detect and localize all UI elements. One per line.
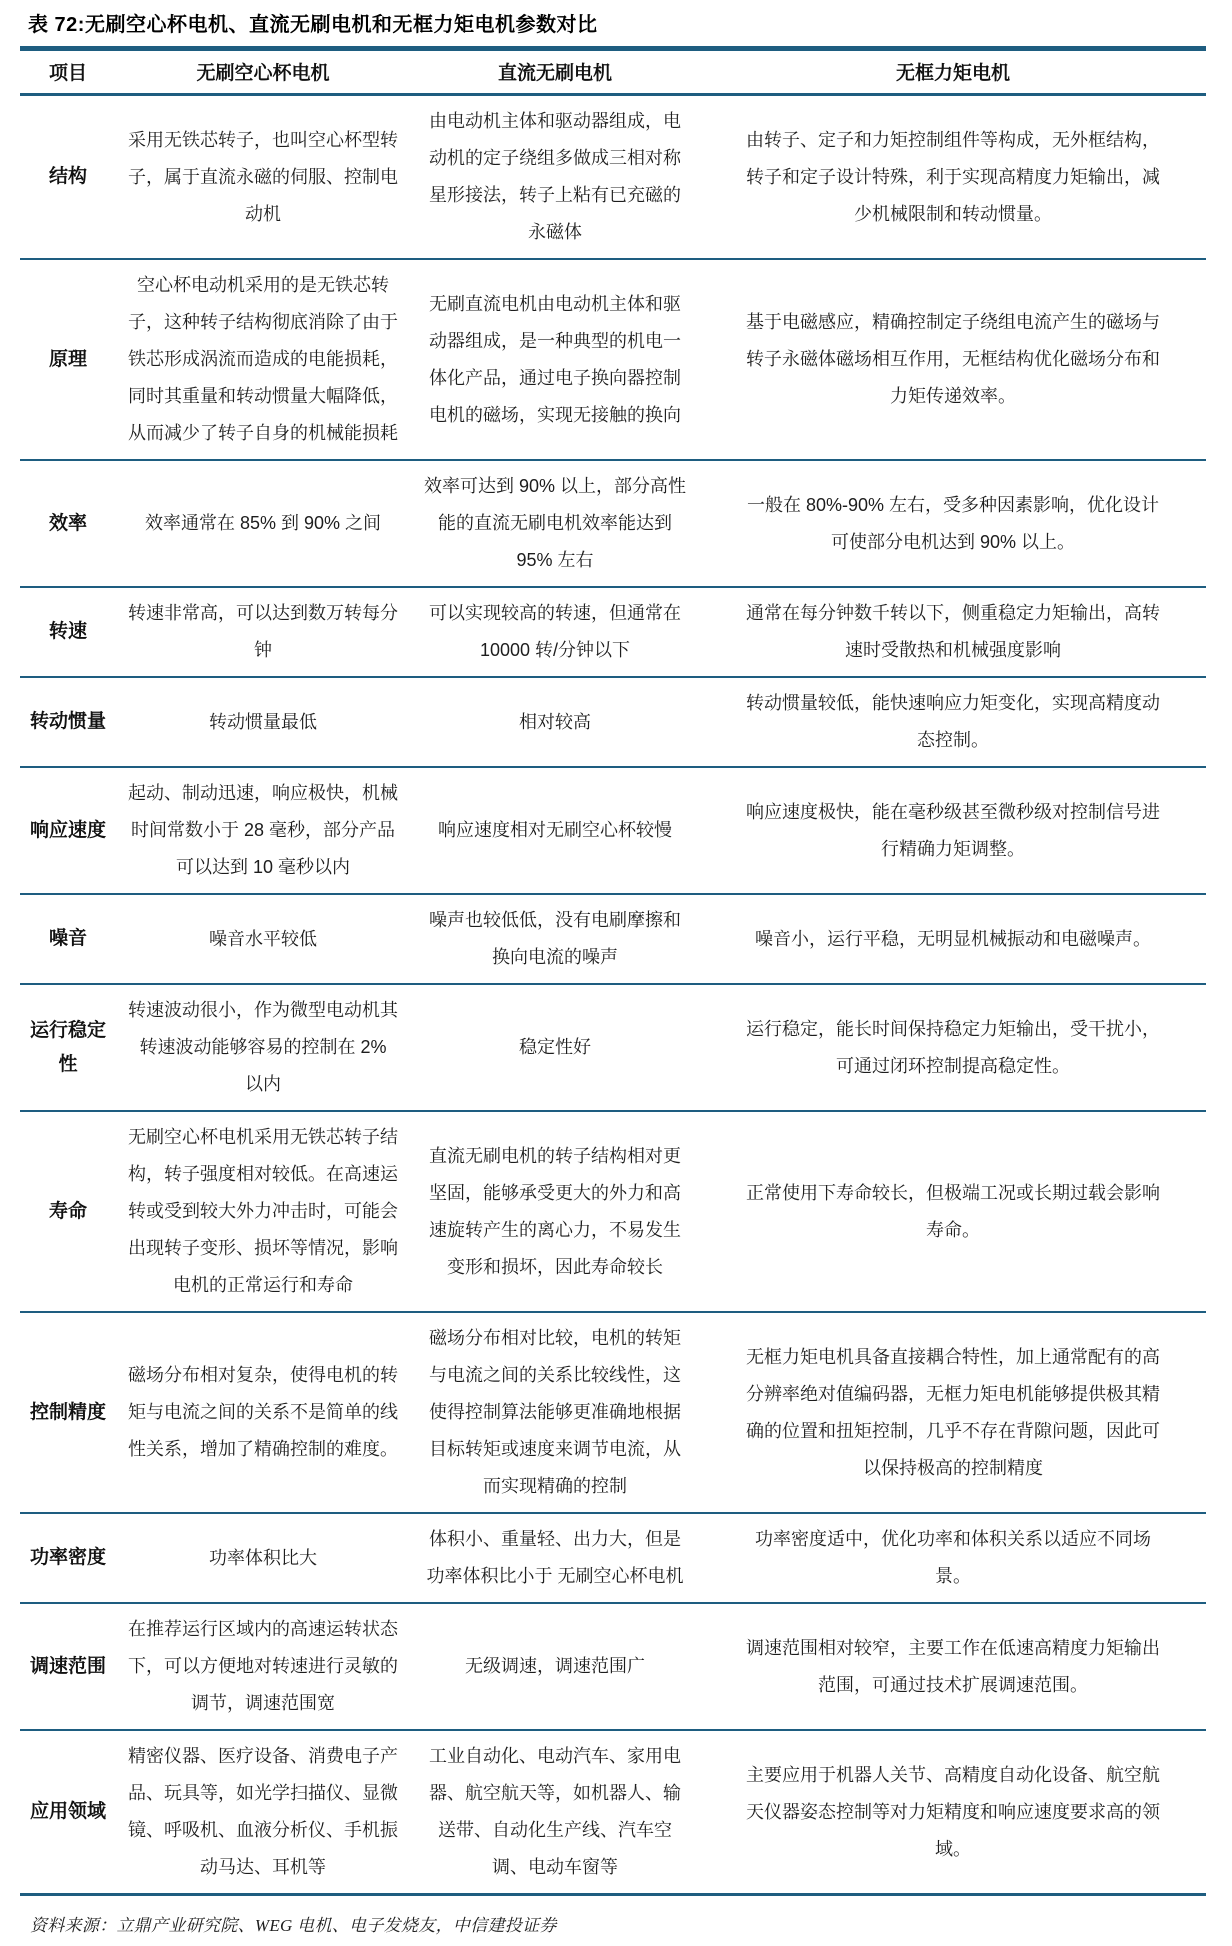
row-label: 原理 — [20, 259, 116, 460]
row-label: 噪音 — [20, 894, 116, 984]
table-cell: 磁场分布相对复杂，使得电机的转矩与电流之间的关系不是简单的线性关系，增加了精确控… — [116, 1312, 410, 1513]
row-label: 应用领域 — [20, 1730, 116, 1895]
table-cell: 正常使用下寿命较长，但极端工况或长期过载会影响寿命。 — [700, 1111, 1206, 1312]
row-label: 转速 — [20, 587, 116, 677]
comparison-table: 项目 无刷空心杯电机 直流无刷电机 无框力矩电机 结构 采用无铁芯转子，也叫空心… — [20, 46, 1206, 1896]
table-cell: 工业自动化、电动汽车、家用电器、航空航天等，如机器人、输送带、自动化生产线、汽车… — [410, 1730, 700, 1895]
table-cell: 无刷直流电机由电动机主体和驱动器组成，是一种典型的机电一体化产品，通过电子换向器… — [410, 259, 700, 460]
table-row-stability: 运行稳定性 转速波动很小，作为微型电动机其转速波动能够容易的控制在 2% 以内 … — [20, 984, 1206, 1111]
table-cell: 由电动机主体和驱动器组成，电动机的定子绕组多做成三相对称星形接法，转子上粘有已充… — [410, 95, 700, 260]
report-page: 表 72:无刷空心杯电机、直流无刷电机和无框力矩电机参数对比 项目 无刷空心杯电… — [0, 0, 1232, 1946]
table-cell: 可以实现较高的转速，但通常在 10000 转/分钟以下 — [410, 587, 700, 677]
table-row-speed: 转速 转速非常高，可以达到数万转每分钟 可以实现较高的转速，但通常在 10000… — [20, 587, 1206, 677]
table-row-speed-range: 调速范围 在推荐运行区域内的高速运转状态下，可以方便地对转速进行灵敏的调节，调速… — [20, 1603, 1206, 1730]
source-note: 资料来源：立鼎产业研究院、WEG 电机、电子发烧友，中信建投证券 — [20, 1896, 1206, 1936]
table-cell: 响应速度极快，能在毫秒级甚至微秒级对控制信号进行精确力矩调整。 — [700, 767, 1206, 894]
table-cell: 基于电磁感应，精确控制定子绕组电流产生的磁场与转子永磁体磁场相互作用，无框结构优… — [700, 259, 1206, 460]
row-label: 运行稳定性 — [20, 984, 116, 1111]
column-header-coreless-motor: 无刷空心杯电机 — [116, 49, 410, 95]
column-header-frameless-torque-motor: 无框力矩电机 — [700, 49, 1206, 95]
table-cell: 无框力矩电机具备直接耦合特性，加上通常配有的高分辨率绝对值编码器，无框力矩电机能… — [700, 1312, 1206, 1513]
table-body: 结构 采用无铁芯转子，也叫空心杯型转子，属于直流永磁的伺服、控制电动机 由电动机… — [20, 95, 1206, 1895]
table-cell: 稳定性好 — [410, 984, 700, 1111]
table-cell: 功率密度适中，优化功率和体积关系以适应不同场景。 — [700, 1513, 1206, 1603]
table-cell: 转速非常高，可以达到数万转每分钟 — [116, 587, 410, 677]
table-cell: 在推荐运行区域内的高速运转状态下，可以方便地对转速进行灵敏的调节，调速范围宽 — [116, 1603, 410, 1730]
table-cell: 空心杯电动机采用的是无铁芯转子，这种转子结构彻底消除了由于铁芯形成涡流而造成的电… — [116, 259, 410, 460]
table-row-noise: 噪音 噪音水平较低 噪声也较低低，没有电刷摩擦和换向电流的噪声 噪音小，运行平稳… — [20, 894, 1206, 984]
row-label: 转动惯量 — [20, 677, 116, 767]
table-row-inertia: 转动惯量 转动惯量最低 相对较高 转动惯量较低，能快速响应力矩变化，实现高精度动… — [20, 677, 1206, 767]
table-cell: 无级调速，调速范围广 — [410, 1603, 700, 1730]
table-cell: 效率通常在 85% 到 90% 之间 — [116, 460, 410, 587]
table-cell: 转速波动很小，作为微型电动机其转速波动能够容易的控制在 2% 以内 — [116, 984, 410, 1111]
table-row-lifespan: 寿命 无刷空心杯电机采用无铁芯转子结构，转子强度相对较低。在高速运转或受到较大外… — [20, 1111, 1206, 1312]
table-cell: 效率可达到 90% 以上，部分高性能的直流无刷电机效率能达到 95% 左右 — [410, 460, 700, 587]
table-row-response-speed: 响应速度 起动、制动迅速，响应极快，机械时间常数小于 28 毫秒，部分产品可以达… — [20, 767, 1206, 894]
table-title: 表 72:无刷空心杯电机、直流无刷电机和无框力矩电机参数对比 — [20, 4, 1206, 46]
table-row-efficiency: 效率 效率通常在 85% 到 90% 之间 效率可达到 90% 以上，部分高性能… — [20, 460, 1206, 587]
header-row: 项目 无刷空心杯电机 直流无刷电机 无框力矩电机 — [20, 49, 1206, 95]
row-label: 功率密度 — [20, 1513, 116, 1603]
row-label: 结构 — [20, 95, 116, 260]
table-cell: 起动、制动迅速，响应极快，机械时间常数小于 28 毫秒，部分产品可以达到 10 … — [116, 767, 410, 894]
row-label: 寿命 — [20, 1111, 116, 1312]
row-label: 效率 — [20, 460, 116, 587]
table-cell: 调速范围相对较窄，主要工作在低速高精度力矩输出范围，可通过技术扩展调速范围。 — [700, 1603, 1206, 1730]
column-header-item: 项目 — [20, 49, 116, 95]
table-cell: 体积小、重量轻、出力大，但是功率体积比小于 无刷空心杯电机 — [410, 1513, 700, 1603]
table-cell: 相对较高 — [410, 677, 700, 767]
table-cell: 直流无刷电机的转子结构相对更坚固，能够承受更大的外力和高速旋转产生的离心力，不易… — [410, 1111, 700, 1312]
table-cell: 采用无铁芯转子，也叫空心杯型转子，属于直流永磁的伺服、控制电动机 — [116, 95, 410, 260]
table-row-principle: 原理 空心杯电动机采用的是无铁芯转子，这种转子结构彻底消除了由于铁芯形成涡流而造… — [20, 259, 1206, 460]
table-cell: 由转子、定子和力矩控制组件等构成，无外框结构，转子和定子设计特殊，利于实现高精度… — [700, 95, 1206, 260]
table-cell: 转动惯量最低 — [116, 677, 410, 767]
table-cell: 通常在每分钟数千转以下，侧重稳定力矩输出，高转速时受散热和机械强度影响 — [700, 587, 1206, 677]
table-row-control-precision: 控制精度 磁场分布相对复杂，使得电机的转矩与电流之间的关系不是简单的线性关系，增… — [20, 1312, 1206, 1513]
table-row-power-density: 功率密度 功率体积比大 体积小、重量轻、出力大，但是功率体积比小于 无刷空心杯电… — [20, 1513, 1206, 1603]
table-cell: 无刷空心杯电机采用无铁芯转子结构，转子强度相对较低。在高速运转或受到较大外力冲击… — [116, 1111, 410, 1312]
table-row-structure: 结构 采用无铁芯转子，也叫空心杯型转子，属于直流永磁的伺服、控制电动机 由电动机… — [20, 95, 1206, 260]
table-cell: 一般在 80%-90% 左右，受多种因素影响，优化设计可使部分电机达到 90% … — [700, 460, 1206, 587]
table-cell: 运行稳定，能长时间保持稳定力矩输出，受干扰小，可通过闭环控制提高稳定性。 — [700, 984, 1206, 1111]
row-label: 调速范围 — [20, 1603, 116, 1730]
table-cell: 噪音小，运行平稳，无明显机械振动和电磁噪声。 — [700, 894, 1206, 984]
table-header: 项目 无刷空心杯电机 直流无刷电机 无框力矩电机 — [20, 49, 1206, 95]
table-cell: 响应速度相对无刷空心杯较慢 — [410, 767, 700, 894]
table-cell: 噪音水平较低 — [116, 894, 410, 984]
table-cell: 磁场分布相对比较，电机的转矩与电流之间的关系比较线性，这使得控制算法能够更准确地… — [410, 1312, 700, 1513]
table-cell: 精密仪器、医疗设备、消费电子产品、玩具等，如光学扫描仪、显微镜、呼吸机、血液分析… — [116, 1730, 410, 1895]
table-cell: 转动惯量较低，能快速响应力矩变化，实现高精度动态控制。 — [700, 677, 1206, 767]
row-label: 响应速度 — [20, 767, 116, 894]
table-cell: 功率体积比大 — [116, 1513, 410, 1603]
table-row-applications: 应用领域 精密仪器、医疗设备、消费电子产品、玩具等，如光学扫描仪、显微镜、呼吸机… — [20, 1730, 1206, 1895]
table-cell: 噪声也较低低，没有电刷摩擦和换向电流的噪声 — [410, 894, 700, 984]
column-header-bldc-motor: 直流无刷电机 — [410, 49, 700, 95]
row-label: 控制精度 — [20, 1312, 116, 1513]
table-cell: 主要应用于机器人关节、高精度自动化设备、航空航天仪器姿态控制等对力矩精度和响应速… — [700, 1730, 1206, 1895]
